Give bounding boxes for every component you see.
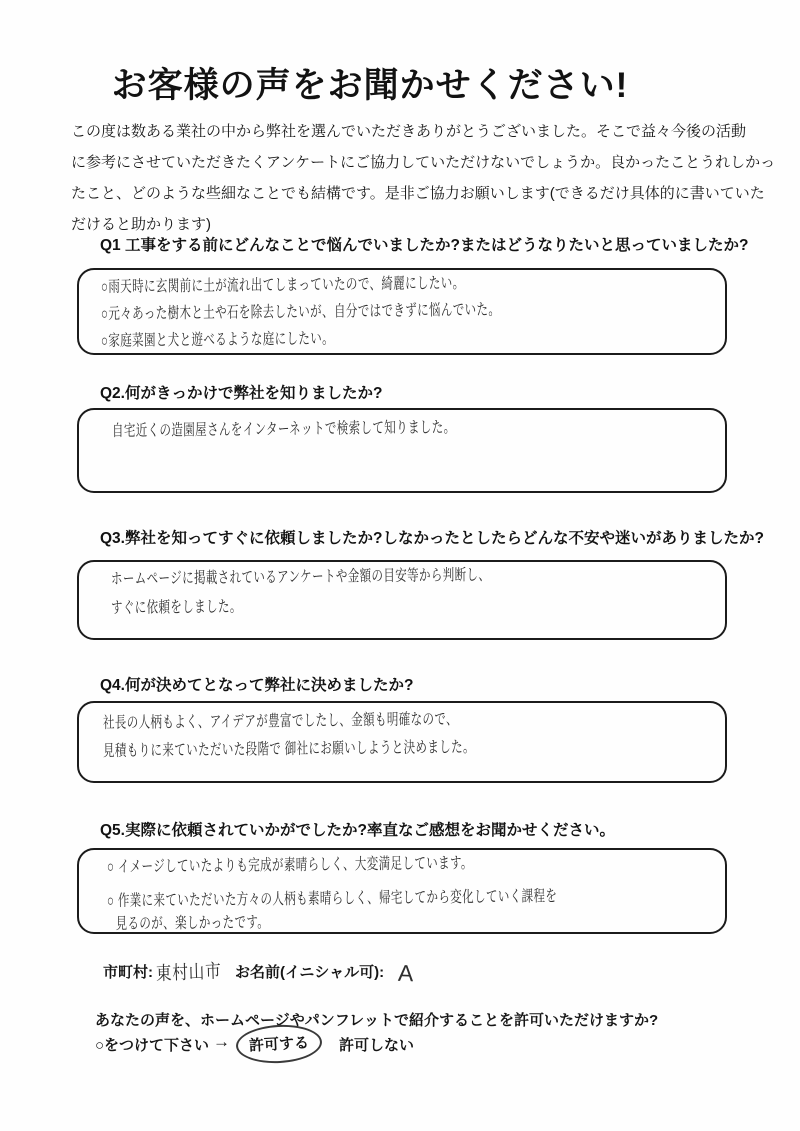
question-5-label: Q5.実際に依頼されていかがでしたか?率直なご感想をお聞かせください。 xyxy=(100,818,770,840)
handwritten-answer-line: 社長の人柄もよく、アイデアが豊富でしたし、金額も明確なので、 xyxy=(103,709,542,733)
question-3-label: Q3.弊社を知ってすぐに依頼しましたか?しなかったとしたらどんな不安や迷いがあり… xyxy=(100,526,770,548)
name-field-label: お名前(イニシャル可): xyxy=(235,961,384,982)
intro-line: に参考にさせていただきたくアンケートにご協力していただけないでしょうか。良かった… xyxy=(71,147,761,178)
circle-instruction-label: ○をつけて下さい xyxy=(95,1034,209,1055)
city-field-label: 市町村: xyxy=(103,961,153,982)
arrow-icon: → xyxy=(213,1032,230,1052)
handwritten-answer-line: ホームページに掲載されているアンケートや金額の目安等から判断し、 xyxy=(111,565,545,589)
permission-allow-label: 許可する xyxy=(249,1034,310,1054)
question-1-label: Q1 工事をする前にどんなことで悩んでいましたか?またはどうなりたいと思っていま… xyxy=(100,233,770,255)
answer-box-q1: ○雨天時に玄関前に土が流れ出てしまっていたので、綺麗にしたい。 ○元々あった樹木… xyxy=(77,268,727,355)
page-title: お客様の声をお聞かせください! xyxy=(0,58,740,108)
city-handwritten-value: 東村山市 xyxy=(156,959,222,988)
handwritten-answer-line: すぐに依頼をしました。 xyxy=(111,594,545,618)
permission-deny-option: 許可しない xyxy=(339,1034,414,1055)
handwritten-answer-line: 見るのが、楽しかったです。 xyxy=(107,910,543,934)
answer-box-q2: 自宅近くの造園屋さんをインターネットで検索して知りました。 xyxy=(77,408,727,493)
handwritten-answer-line: ○ 作業に来ていただいた方々の人柄も素晴らしく、帰宅してから変化していく課程を xyxy=(107,887,543,911)
answer-box-q4: 社長の人柄もよく、アイデアが豊富でしたし、金額も明確なので、 見積もりに来ていた… xyxy=(77,701,727,783)
answer-box-q5: ○ イメージしていたよりも完成が素晴らしく、大変満足しています。 ○ 作業に来て… xyxy=(77,848,727,934)
question-2-label: Q2.何がきっかけで弊社を知りましたか? xyxy=(100,381,770,403)
handwritten-answer-line: ○ イメージしていたよりも完成が素晴らしく、大変満足しています。 xyxy=(107,853,543,877)
answer-box-q3: ホームページに掲載されているアンケートや金額の目安等から判断し、 すぐに依頼をし… xyxy=(77,560,727,640)
intro-line: この度は数ある業社の中から弊社を選んでいただきありがとうございました。そこで益々… xyxy=(71,116,761,147)
intro-line: たこと、どのような些細なことでも結構です。是非ご協力お願いします(できるだけ具体… xyxy=(71,178,761,209)
customer-feedback-questionnaire: お客様の声をお聞かせください! この度は数ある業社の中から弊社を選んでいただきあ… xyxy=(0,0,800,1131)
handwritten-answer-line: 自宅近くの造園屋さんをインターネットで検索して知りました。 xyxy=(112,417,545,441)
handwritten-answer-line: ○家庭菜園と犬と遊べるような庭にしたい。 xyxy=(101,327,542,351)
handwritten-answer-line: 見積もりに来ていただいた段階で 御社にお願いしようと決めました。 xyxy=(103,737,542,761)
handwritten-answer-line: ○元々あった樹木と土や石を除去したいが、自分ではできずに悩んでいた。 xyxy=(101,300,542,324)
handwritten-answer-line: ○雨天時に玄関前に土が流れ出てしまっていたので、綺麗にしたい。 xyxy=(101,273,542,297)
intro-paragraph: この度は数ある業社の中から弊社を選んでいただきありがとうございました。そこで益々… xyxy=(71,116,761,240)
question-4-label: Q4.何が決めてとなって弊社に決めましたか? xyxy=(100,673,770,695)
permission-question: あなたの声を、ホームページやパンフレットで紹介することを許可いただけますか? xyxy=(95,1009,658,1030)
name-handwritten-value: A xyxy=(398,960,414,988)
